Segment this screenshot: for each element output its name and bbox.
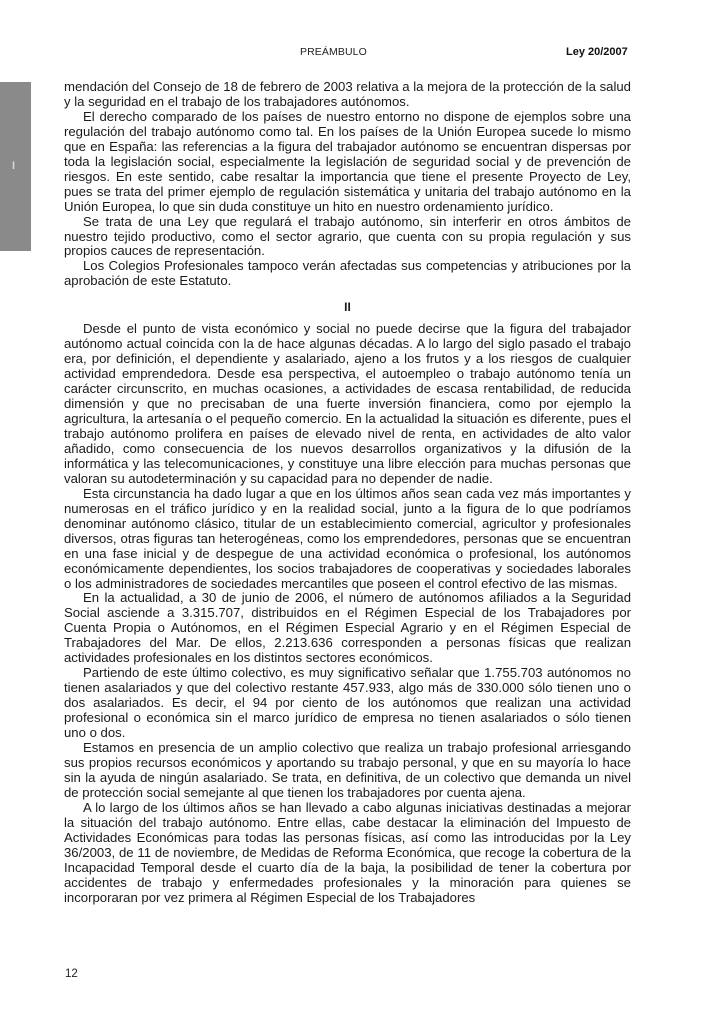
document-body: mendación del Consejo de 18 de febrero d… bbox=[64, 80, 631, 905]
paragraph: El derecho comparado de los países de nu… bbox=[64, 110, 631, 215]
paragraph: Desde el punto de vista económico y soci… bbox=[64, 322, 631, 486]
paragraph: En la actualidad, a 30 de junio de 2006,… bbox=[64, 591, 631, 666]
paragraph: Partiendo de este último colectivo, es m… bbox=[64, 666, 631, 741]
paragraph: Los Colegios Profesionales tampoco verán… bbox=[64, 259, 631, 289]
paragraph: Estamos en presencia de un amplio colect… bbox=[64, 741, 631, 801]
page-number: 12 bbox=[65, 968, 78, 980]
running-header-law: Ley 20/2007 bbox=[566, 46, 628, 58]
paragraph: A lo largo de los últimos años se han ll… bbox=[64, 801, 631, 906]
chapter-thumb-tab bbox=[0, 82, 31, 251]
paragraph: Esta circunstancia ha dado lugar a que e… bbox=[64, 487, 631, 592]
running-header-section: PREÁMBULO bbox=[300, 46, 400, 58]
paragraph: Se trata de una Ley que regulará el trab… bbox=[64, 215, 631, 260]
chapter-thumb-tab-label: I bbox=[12, 160, 15, 172]
section-heading: II bbox=[64, 300, 631, 315]
paragraph: mendación del Consejo de 18 de febrero d… bbox=[64, 80, 631, 110]
